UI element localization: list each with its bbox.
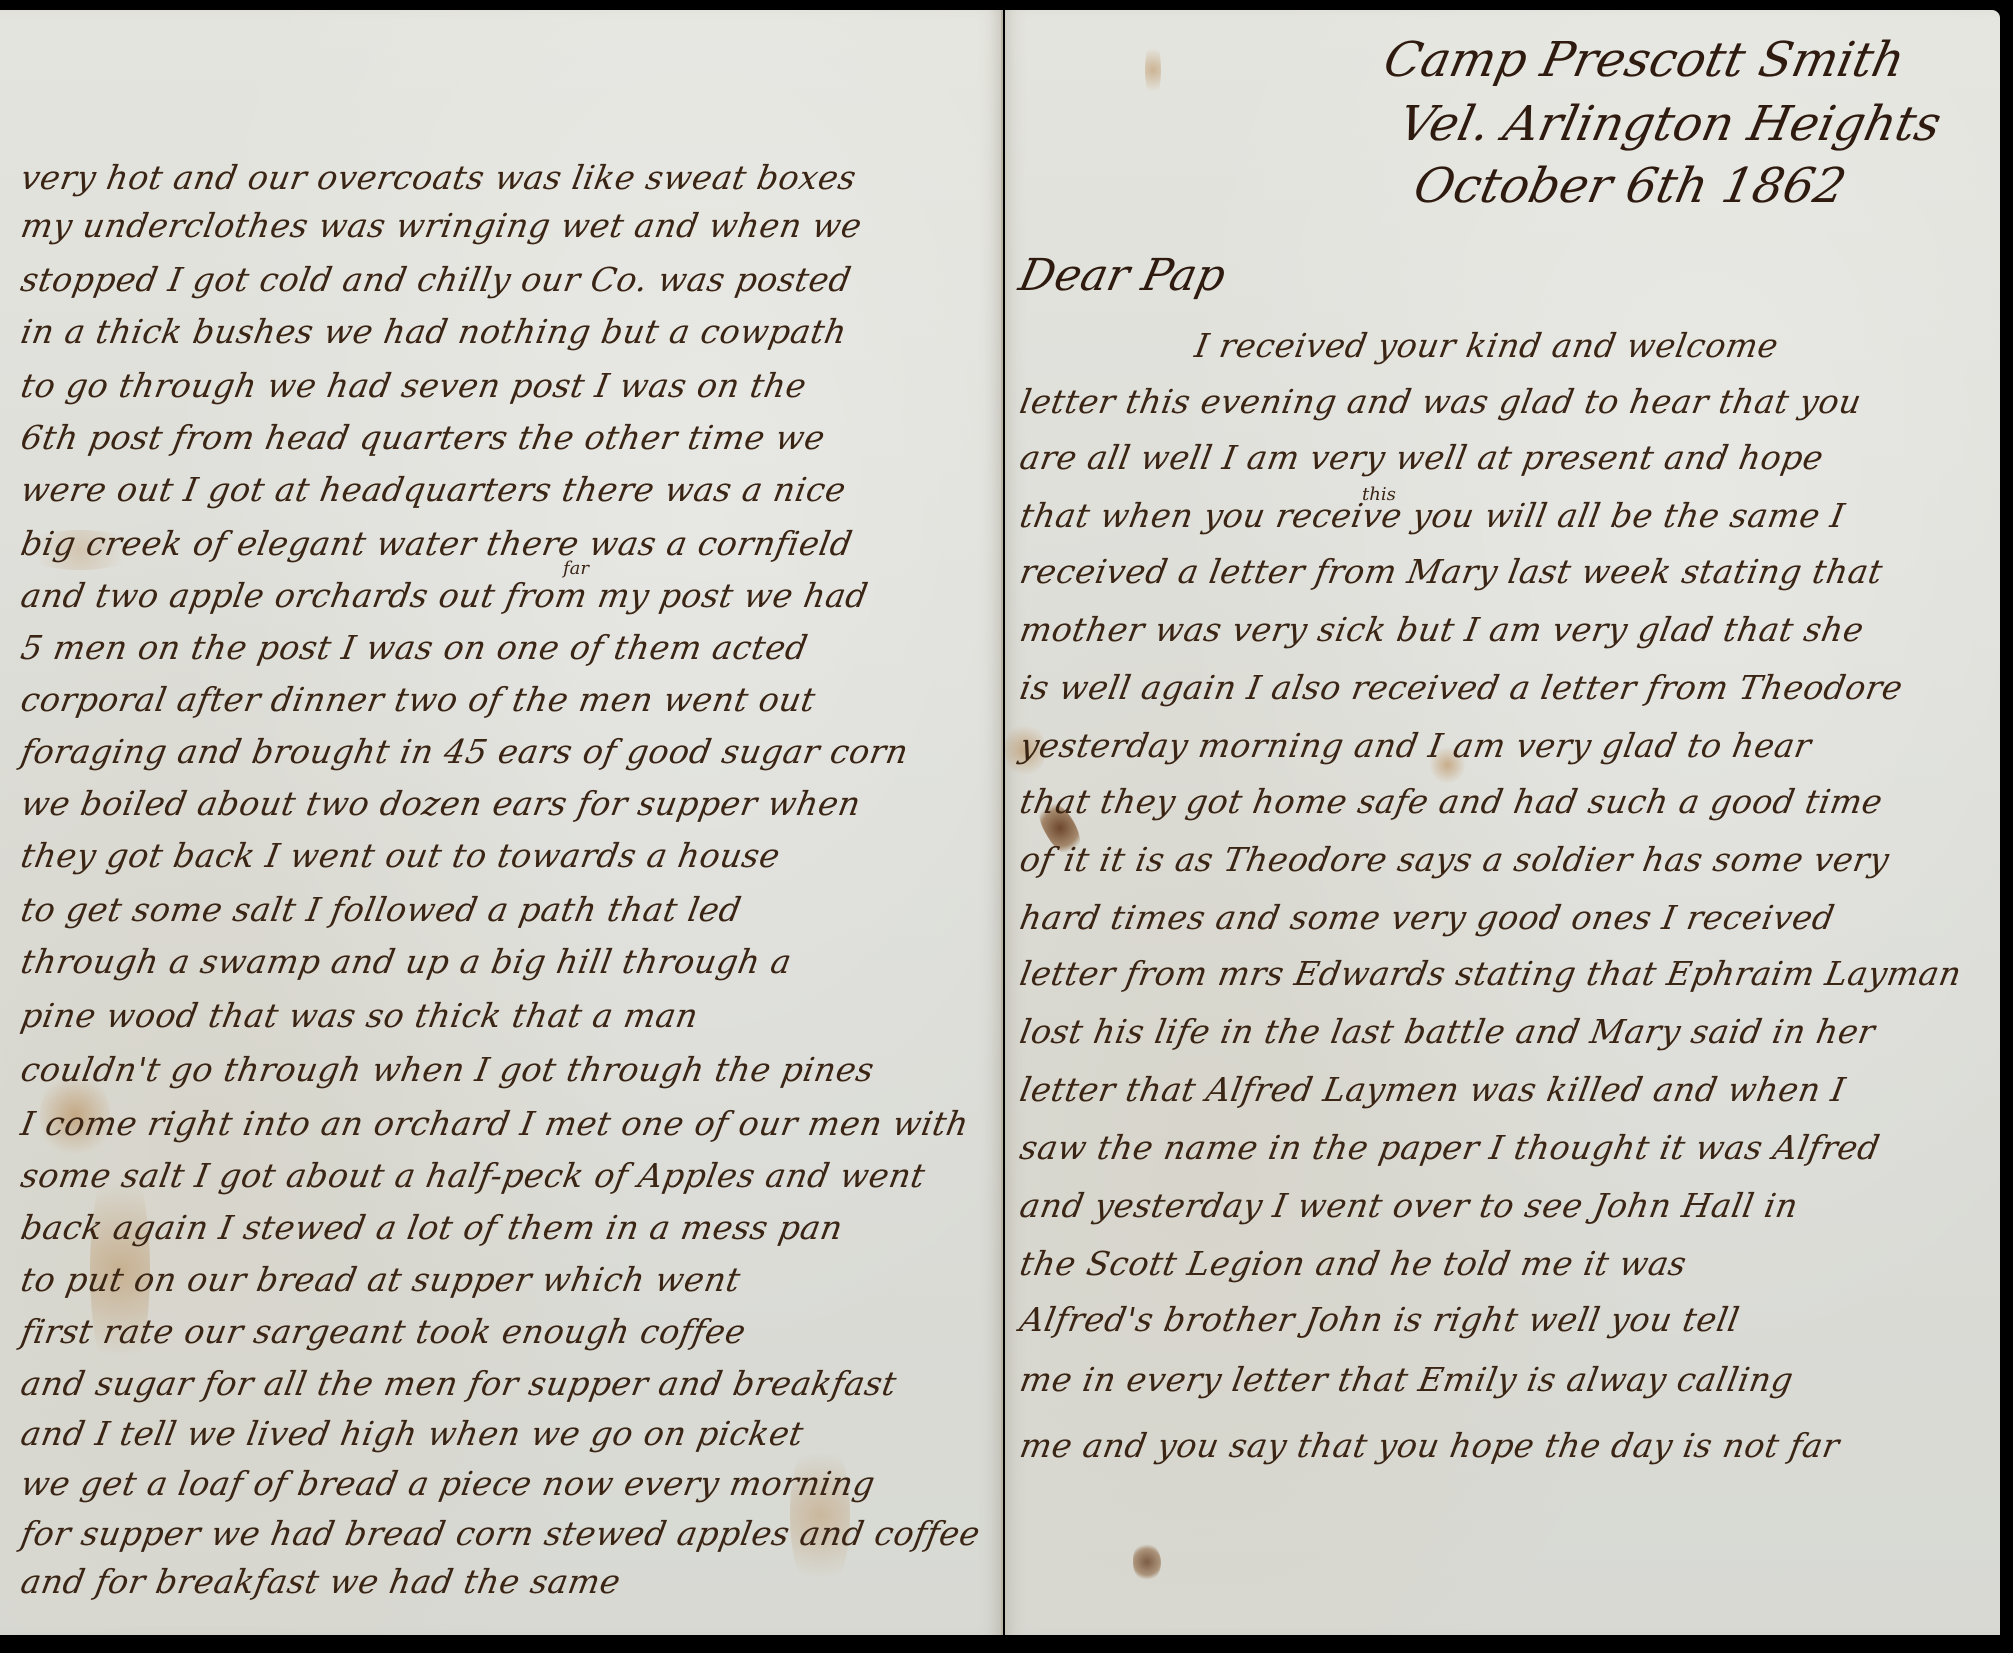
letter-line: couldn't go through when I got through t… bbox=[18, 1050, 877, 1089]
letter-line: letter from mrs Edwards stating that Eph… bbox=[1017, 954, 1965, 993]
letter-line: are all well I am very well at present a… bbox=[1017, 438, 1827, 477]
letter-line: and sugar for all the men for supper and… bbox=[18, 1364, 900, 1403]
letter-line: to put on our bread at supper which went bbox=[18, 1260, 744, 1299]
letter-line: in a thick bushes we had nothing but a c… bbox=[18, 312, 850, 351]
letter-line: and yesterday I went over to see John Ha… bbox=[1017, 1186, 1801, 1225]
letter-line: 5 men on the post I was on one of them a… bbox=[18, 628, 811, 667]
left-page: very hot and our overcoats was like swea… bbox=[0, 10, 1003, 1635]
letter-line: that they got home safe and had such a g… bbox=[1017, 782, 1886, 821]
letter-line: some salt I got about a half-peck of App… bbox=[18, 1156, 928, 1195]
letter-line: first rate our sargeant took enough coff… bbox=[18, 1312, 749, 1351]
letter-line: very hot and our overcoats was like swea… bbox=[18, 158, 859, 197]
letter-line: of it it is as Theodore says a soldier h… bbox=[1017, 840, 1892, 879]
letter-line: letter this evening and was glad to hear… bbox=[1017, 382, 1865, 421]
right-page-text: I received your kind and welcome letter … bbox=[1017, 10, 1992, 1630]
letter-line: 6th post from head quarters the other ti… bbox=[18, 418, 828, 457]
letter-line: me and you say that you hope the day is … bbox=[1017, 1426, 1843, 1465]
letter-line: my underclothes was wringing wet and whe… bbox=[18, 206, 865, 245]
letter-line: and two apple orchards out from my post … bbox=[18, 576, 871, 615]
letter-line: that when you receive you will all be th… bbox=[1017, 496, 1848, 535]
letter-line: corporal after dinner two of the men wen… bbox=[18, 680, 819, 719]
letter-line: we boiled about two dozen ears for suppe… bbox=[18, 784, 864, 823]
letter-line: hard times and some very good ones I rec… bbox=[1017, 898, 1838, 937]
letter-line: to go through we had seven post I was on… bbox=[18, 366, 810, 405]
letter-line: and I tell we lived high when we go on p… bbox=[18, 1414, 807, 1453]
letter-line: I received your kind and welcome bbox=[1192, 326, 1782, 365]
letter-line: and for breakfast we had the same bbox=[18, 1562, 624, 1601]
letter-line: through a swamp and up a big hill throug… bbox=[18, 942, 795, 981]
letter-line: mother was very sick but I am very glad … bbox=[1017, 610, 1867, 649]
letter-line: I come right into an orchard I met one o… bbox=[18, 1104, 972, 1143]
letter-line: were out I got at headquarters there was… bbox=[18, 470, 849, 509]
letter-line: big creek of elegant water there was a c… bbox=[18, 524, 856, 563]
letter-line: to get some salt I followed a path that … bbox=[18, 890, 745, 929]
letter-line: me in every letter that Emily is alway c… bbox=[1017, 1360, 1797, 1399]
letter-line: received a letter from Mary last week st… bbox=[1017, 552, 1886, 591]
letter-line: saw the name in the paper I thought it w… bbox=[1017, 1128, 1883, 1167]
letter-line: foraging and brought in 45 ears of good … bbox=[18, 732, 912, 771]
letter-line: the Scott Legion and he told me it was bbox=[1017, 1244, 1690, 1283]
letter-line: lost his life in the last battle and Mar… bbox=[1017, 1012, 1878, 1051]
letter-line: we get a loaf of bread a piece now every… bbox=[18, 1464, 878, 1503]
left-page-text: very hot and our overcoats was like swea… bbox=[18, 10, 998, 1630]
letter-line: pine wood that was so thick that a man bbox=[18, 996, 701, 1035]
letter-line: Alfred's brother John is right well you … bbox=[1017, 1300, 1743, 1339]
letter-line: stopped I got cold and chilly our Co. wa… bbox=[18, 260, 854, 299]
letter-line: they got back I went out to towards a ho… bbox=[18, 836, 783, 875]
letter-line: for supper we had bread corn stewed appl… bbox=[18, 1514, 983, 1553]
right-page: Camp Prescott Smith Vel. Arlington Heigh… bbox=[1005, 10, 2000, 1635]
letter-spread: very hot and our overcoats was like swea… bbox=[0, 10, 2000, 1635]
letter-line: letter that Alfred Laymen was killed and… bbox=[1017, 1070, 1849, 1109]
letter-line: is well again I also received a letter f… bbox=[1017, 668, 1906, 707]
letter-line: yesterday morning and I am very glad to … bbox=[1017, 726, 1815, 765]
letter-line: back again I stewed a lot of them in a m… bbox=[18, 1208, 846, 1247]
